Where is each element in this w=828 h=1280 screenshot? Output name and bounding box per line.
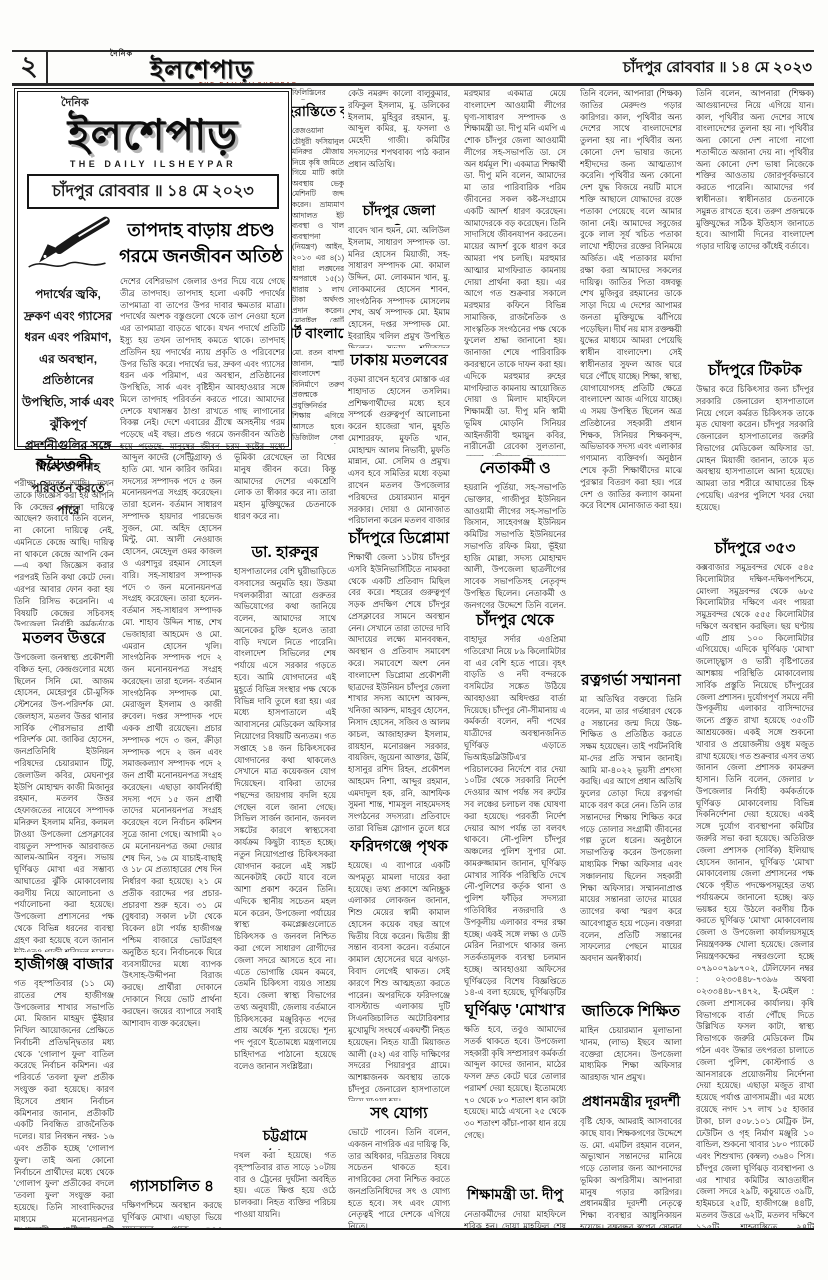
headline-smart: স্মার্ট বাংলাদেশ (292, 322, 344, 348)
column-5: মরহুমার একমাত্র মেয়ে বাংলাদেশ আওয়ামী ল… (464, 88, 566, 1228)
header-bottom-rule (12, 83, 814, 86)
article-body-krishi: রেজওয়ানা চৌধুরী ফসিয়ানুল মনিরুর মৌজায়… (292, 126, 344, 322)
headline-faridganj: ফরিদগঞ্জে পৃথক (348, 834, 450, 860)
article-body-netakormi: হয়রানি পূর্তিয়া, সহ-সভাপতি ভোক্তার, গা… (464, 482, 566, 608)
article-body-hajiganj: গত বৃহস্পতিবার (১১ মে) রাতের শেষ হাজীগঞ্… (14, 978, 114, 1228)
headline-ratnagarbha: রত্নগর্ভা সম্মাননা (580, 668, 682, 694)
edition-date: চাঁদপুর রোববার ॥ ১৪ মে ২০২৩ (512, 56, 812, 81)
newspaper-page: ২ দৈনিক ইলশেপাড় THE DAILY ILSHEYPAR চাঁ… (0, 0, 828, 1280)
feature-date-box: চাঁদপুর রোববার ॥ ১৪ মে ২০২৩ (27, 174, 279, 209)
page-bottom-rule (14, 1228, 814, 1230)
headline-sramik: চাঁদপুর জেলা শ্রমিক (348, 199, 450, 225)
headline-gas4: গ্যাসচালিত ৪ (122, 1174, 222, 1200)
pen-illustration (21, 213, 117, 273)
column-3-lower: ভূমিকা রেখেছেন তা বিশ্বের মানুষ জীবন করে… (234, 452, 336, 1228)
article-body-pm: বৃষ্টি হোক, আমরাই আসবাবের কাছে যাব। শিক্… (580, 1116, 682, 1228)
feature-logo: দৈনিক ইলশেপাড় THE DAILY ILSHEYPAR (21, 94, 285, 169)
column-1: কড়ৈতলী মাদ্রাসার পরীক্ষা কেন্দ্রে আছি। … (14, 452, 114, 1228)
article-body-dhakay: বড়মা রাখেন হবে'র মোস্তাক এর শাহাদাত হোস… (348, 374, 450, 526)
headline-c353: চাঁদপুরে ৩৫৩ (696, 536, 814, 562)
headline-tiktok: চাঁদপুরে টিকটক (696, 358, 814, 384)
article-continuation: মরহুমার একমাত্র মেয়ে বাংলাদেশ আওয়ামী ল… (464, 88, 566, 456)
article-body-c353: কক্সবাজার সমুদ্রবন্দর থেকে ৫৪৫ কিলোমিটার… (696, 562, 814, 1228)
article-body-gas4: দক্ষিণপশ্চিমে অবস্থান করছে ঘূর্ণিঝড় মোখ… (122, 1200, 222, 1228)
article-body-faridganj: হয়েছে। এ ব্যাপারে একটি অপমৃত্যু মামলা দ… (348, 860, 450, 1101)
article-body-theke: বাহাদুর সর্দার এওপ্রিমা গতিরেখা নিয়ে ৮৯… (464, 634, 566, 998)
article-body-matlab-uttar: উপজেলা জনস্বাস্থ্য প্রকৌশলী বঞ্চিত হন্য,… (14, 652, 114, 952)
article-body-diploma: শিক্ষার্থী জেলা ১১টায় চাঁদপুর এসবি ইউনি… (348, 552, 450, 834)
article-body-container: দখল করা হয়েছে। গত বৃহস্পতিবার রাত সাড়ে… (234, 1150, 336, 1228)
column-4: কেউ নমরুদ কালো বালুকুমার, রফিকুল ইসলাম, … (348, 88, 450, 1228)
headline-theke: চাঁদপুর থেকে (464, 608, 566, 634)
headline-pm: প্রধানমন্ত্রীর দূরদর্শী (580, 1090, 682, 1116)
masthead-title: ইলশেপাড় (150, 56, 254, 84)
headline-netakormi: নেতাকর্মী ও জনগণ (464, 456, 566, 482)
feature-logo-title: ইলশেপাড় (68, 111, 239, 158)
article-continuation: ভূমিকা রেখেছেন তা বিশ্বের মানুষ জীবন করে… (234, 452, 336, 540)
headline-shikkhamontri: শিক্ষামন্ত্রী ডা. দীপু (464, 1183, 566, 1209)
headline-container: চট্টগ্রামে কন্টেইনারের (234, 1124, 336, 1150)
column-2: আব্দুল কাদের (সেন্ট্রিগ্রাফ) ও হাতি মো. … (122, 452, 222, 1228)
feature-headline-line2: গরমে জনজীবন অতিষ্ঠ (119, 246, 283, 266)
feature-box: দৈনিক ইলশেপাড় THE DAILY ILSHEYPAR চাঁদপ… (14, 88, 292, 450)
article-body-shot-joggo: ভোটে পাবেন। তিনি বলেন, একজন নাগরিক এর দা… (348, 1127, 450, 1228)
headline-matlab-uttar: মতলব উত্তরে (14, 626, 114, 652)
article-continuation: তিনি বলেন, আপনারা (শিক্ষক) আগুয়ানদের নি… (696, 88, 814, 358)
headline-harunur: ডা. হারুনুর (234, 540, 336, 566)
article-body-smart: মো. রতন বাদশা জানান, স্মার্ট বাংলাদেশ বি… (292, 348, 344, 444)
article-body-mokha: ক্ষতি হবে, তবুও আমাদের সতর্ক থাকতে হবে। … (464, 1024, 566, 1183)
headline-mokha: ঘূর্ণিঝড় 'মোখা'র (464, 998, 566, 1024)
headline-krishi: শাহরাস্তিতে কৃষি (292, 100, 344, 126)
article-body-koraitoli: পরীক্ষা কেন্দ্রে আছি। তখন তাকে জিজ্ঞেস ক… (14, 478, 114, 626)
article-body-sramik: বাবেদ খান হুমন, মো. অলিউল ইসলাম, সাধারণ … (348, 225, 450, 348)
headline-shot-joggo: সৎ যোগ্য (348, 1101, 450, 1127)
headline-hajiganj: হাজীগঞ্জ বাজার (14, 952, 114, 978)
article-continuation: তিনি বলেন, আপনারা (শিক্ষক) জাতির মেরুদণ্… (580, 88, 682, 668)
article-continuation: কেউ নমরুদ কালো বালুকুমার, রফিকুল ইসলাম, … (348, 88, 450, 199)
feature-headline-line1: তাপদাহ বাড়ায় প্রচণ্ড (127, 220, 274, 240)
article-continuation: আব্দুল কাদের (সেন্ট্রিগ্রাফ) ও হাতি মো. … (122, 452, 222, 1174)
article-continuation: ফিলিস্তিনের মসজিদে অবস্থান করছে অভিজ্ঞ চ… (292, 88, 344, 100)
feature-headline: তাপদাহ বাড়ায় প্রচণ্ড গরমে জনজীবন অতিষ্… (117, 217, 285, 269)
column-3-upper: ফিলিস্তিনের মসজিদে অবস্থান করছে অভিজ্ঞ চ… (292, 88, 344, 444)
article-body-shikkhamontri: নেতাকর্মীদের দোয়া মাহফিলে শরিক হন। দোয়… (464, 1209, 566, 1228)
column-6: তিনি বলেন, আপনারা (শিক্ষক) জাতির মেরুদণ্… (580, 88, 682, 1228)
article-body-ratnagarbha: মা অতিথির বক্তব্যে তিনি বলেন, মা তার গর্… (580, 694, 682, 999)
feature-body: দেশের বেশিরভাগ জেলার ওপর দিয়ে বয়ে গেছে… (115, 276, 285, 454)
article-body-jatike: মাহিন চেয়ারম্যান মূলাভানা খানম, (লাভ) ই… (580, 1025, 682, 1090)
headline-diploma: চাঁদপুরে ডিপ্লোমা (348, 526, 450, 552)
feature-logo-tagline: THE DAILY ILSHEYPAR (21, 159, 285, 169)
article-body-harunur: হাসপাতালের বেশি ঘুরীভাড়িতে বসবাসের অনুম… (234, 566, 336, 1124)
header-divider (46, 52, 48, 83)
column-7: তিনি বলেন, আপনারা (শিক্ষক) আগুয়ানদের নি… (696, 88, 814, 1228)
headline-dhakay: ঢাকায় মতলবের (348, 348, 450, 374)
headline-jatike: জাতিকে শিক্ষিত (580, 999, 682, 1025)
headline-koraitoli: কড়ৈতলী মাদ্রাসার (14, 452, 114, 478)
page-number: ২ (14, 50, 44, 82)
article-body-tiktok: উদ্ধার করে চিকিৎসার জন্য চাঁদপুর সরকারি … (696, 384, 814, 536)
